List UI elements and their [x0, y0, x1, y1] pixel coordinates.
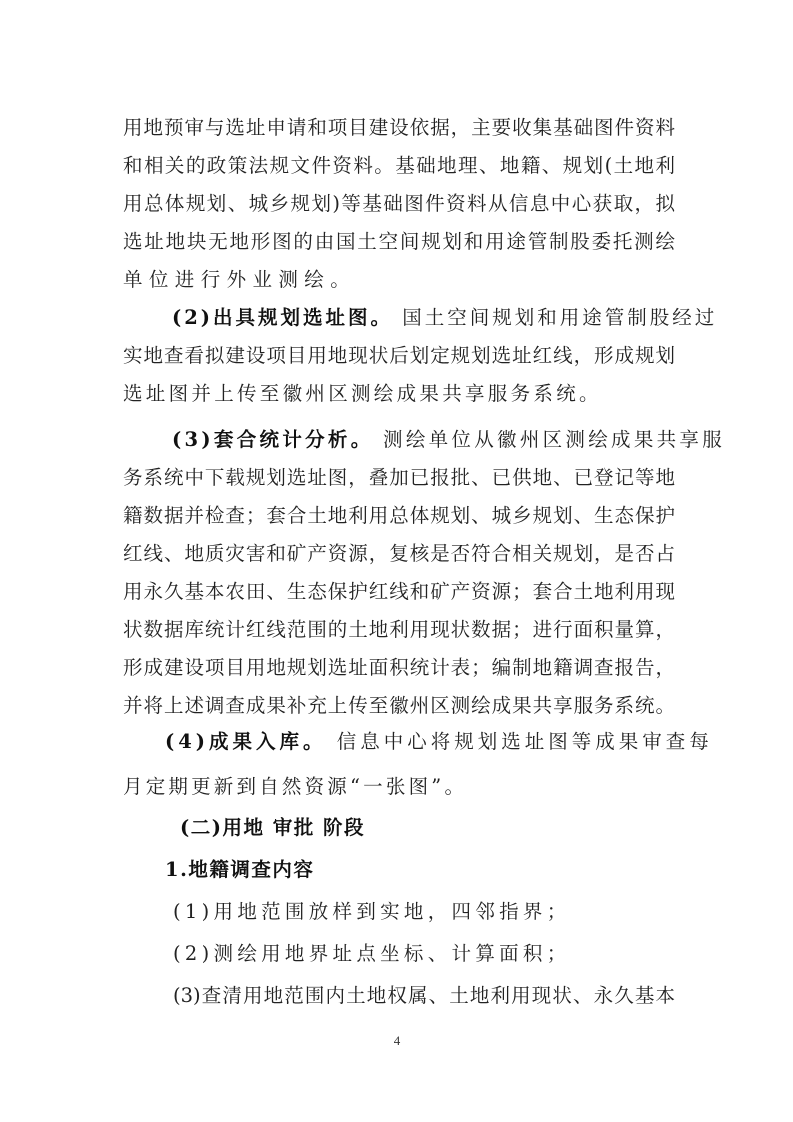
- body-text: 单位进行外业测绘。: [123, 268, 356, 291]
- body-text: 用总体规划、城乡规划)等基础图件资料从信息中心获取，拟: [123, 192, 675, 215]
- paragraph-line: 形成建设项目用地规划选址面积统计表；编制地籍调查报告，: [123, 655, 675, 681]
- list-item: (3)查清用地范围内土地权属、土地利用现状、永久基本: [173, 983, 675, 1009]
- body-text: 红线、地质灾害和矿产资源，复核是否符合相关规划，是否占: [123, 542, 675, 565]
- body-text: 状数据库统计红线范围的土地利用现状数据；进行面积量算，: [123, 618, 675, 641]
- body-text: 和相关的政策法规文件资料。基础地理、地籍、规划(土地利: [123, 154, 675, 177]
- paragraph-line: 月定期更新到自然资源“一张图”。: [123, 774, 675, 800]
- list-item-text: (3)查清用地范围内土地权属、土地利用现状、永久基本: [173, 984, 675, 1007]
- paragraph-line: (4)成果入库。 信息中心将规划选址图等成果审查每: [165, 729, 675, 755]
- subsection-heading: 1.地籍调查内容: [165, 857, 565, 883]
- body-text: 用永久基本农田、生态保护红线和矿产资源；套合土地利用现: [123, 580, 675, 603]
- list-item-text: (1)用地范围放样到实地，四邻指界；: [173, 900, 571, 923]
- body-text: 实地查看拟建设项目用地现状后划定规划选址红线，形成规划: [123, 344, 675, 367]
- paragraph-line: 务系统中下载规划选址图，叠加已报批、已供地、已登记等地: [123, 465, 675, 491]
- paragraph-line: 红线、地质灾害和矿产资源，复核是否符合相关规划，是否占: [123, 541, 675, 567]
- paragraph-line: 状数据库统计红线范围的土地利用现状数据；进行面积量算，: [123, 617, 675, 643]
- paragraph-line: 实地查看拟建设项目用地现状后划定规划选址红线，形成规划: [123, 343, 675, 369]
- paragraph-line: 籍数据并检查；套合土地利用总体规划、城乡规划、生态保护: [123, 503, 675, 529]
- list-item: (2)测绘用地界址点坐标、计算面积；: [173, 941, 675, 967]
- subsection-heading-text: 1.地籍调查内容: [165, 858, 314, 881]
- paragraph-line: 选址地块无地形图的由国土空间规划和用途管制股委托测绘: [123, 229, 675, 255]
- body-text: 月定期更新到自然资源“一张图”。: [123, 775, 467, 798]
- section-heading: (二)用地 审批 阶段: [180, 815, 580, 841]
- body-text: 选址图并上传至徽州区测绘成果共享服务系统。: [123, 382, 602, 405]
- paragraph-line: 选址图并上传至徽州区测绘成果共享服务系统。: [123, 381, 675, 407]
- body-text: 信息中心将规划选址图等成果审查每: [337, 730, 713, 753]
- body-text: 并将上述调查成果补充上传至徽州区测绘成果共享服务系统。: [123, 694, 675, 717]
- paragraph-line: 并将上述调查成果补充上传至徽州区测绘成果共享服务系统。: [123, 693, 675, 719]
- body-text: 形成建设项目用地规划选址面积统计表；编制地籍调查报告，: [123, 656, 675, 679]
- paragraph-line: 用永久基本农田、生态保护红线和矿产资源；套合土地利用现: [123, 579, 675, 605]
- body-text: 测绘单位从徽州区测绘成果共享服: [383, 428, 725, 451]
- item-heading: (2)出具规划选址图。: [172, 306, 393, 329]
- body-text: 务系统中下载规划选址图，叠加已报批、已供地、已登记等地: [123, 466, 675, 489]
- paragraph-line: (3)套合统计分析。 测绘单位从徽州区测绘成果共享服: [172, 427, 675, 453]
- paragraph-line: 用地预审与选址申请和项目建设依据，主要收集基础图件资料: [123, 115, 675, 141]
- item-heading: (3)套合统计分析。: [172, 428, 374, 451]
- body-text: 用地预审与选址申请和项目建设依据，主要收集基础图件资料: [123, 116, 675, 139]
- list-item-text: (2)测绘用地界址点坐标、计算面积；: [173, 942, 571, 965]
- item-heading: (4)成果入库。: [165, 730, 327, 753]
- page-number: 4: [390, 1033, 404, 1049]
- paragraph-line: (2)出具规划选址图。 国土空间规划和用途管制股经过: [172, 305, 675, 331]
- body-text: 籍数据并检查；套合土地利用总体规划、城乡规划、生态保护: [123, 504, 675, 527]
- paragraph-line: 用总体规划、城乡规划)等基础图件资料从信息中心获取，拟: [123, 191, 675, 217]
- list-item: (1)用地范围放样到实地，四邻指界；: [173, 899, 675, 925]
- body-text: 国土空间规划和用途管制股经过: [402, 306, 717, 329]
- section-heading-text: (二)用地 审批 阶段: [180, 816, 365, 839]
- paragraph-line: 和相关的政策法规文件资料。基础地理、地籍、规划(土地利: [123, 153, 675, 179]
- body-text: 选址地块无地形图的由国土空间规划和用途管制股委托测绘: [123, 230, 675, 253]
- paragraph-line: 单位进行外业测绘。: [123, 267, 675, 293]
